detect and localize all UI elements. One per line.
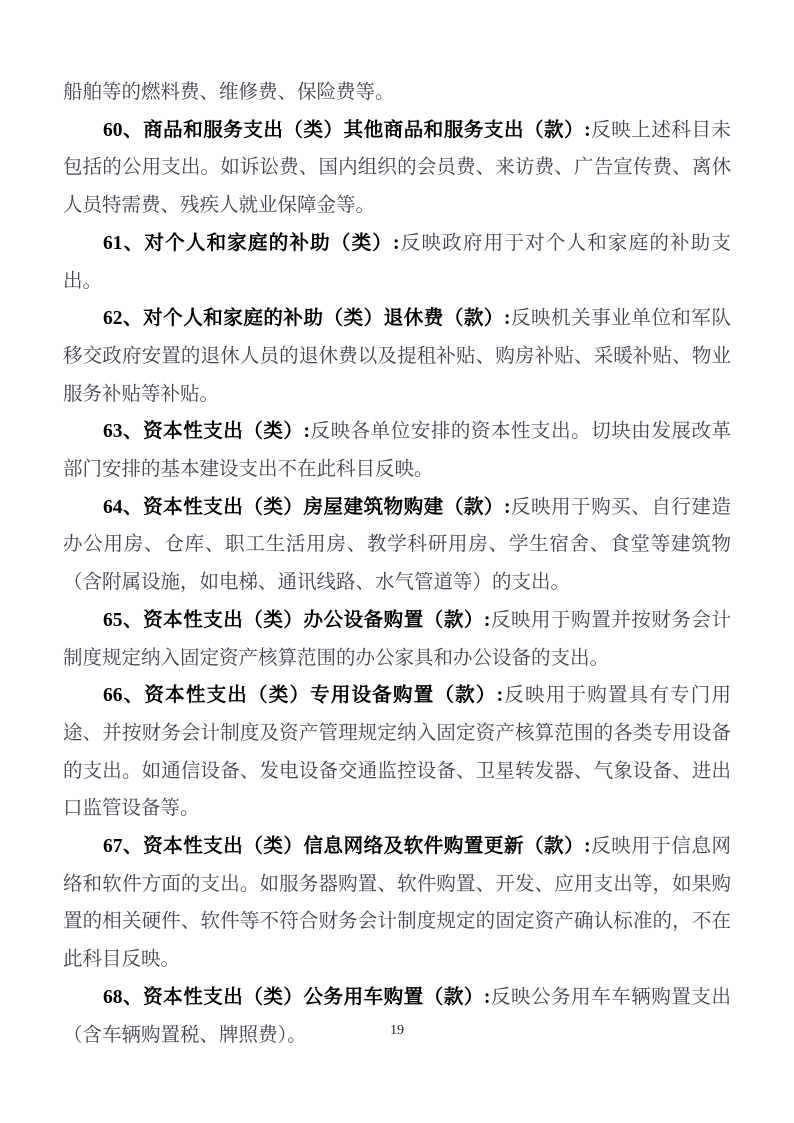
- paragraph: 61、对个人和家庭的补助（类）:反映政府用于对个人和家庭的补助支出。: [63, 225, 731, 300]
- page-number: 19: [0, 1023, 794, 1039]
- paragraph-body: 船舶等的燃料费、维修费、保险费等。: [63, 82, 395, 103]
- document-body: 船舶等的燃料费、维修费、保险费等。 60、商品和服务支出（类）其他商品和服务支出…: [63, 74, 731, 1054]
- paragraph: 65、资本性支出（类）办公设备购置（款）:反映用于购置并按财务会计制度规定纳入固…: [63, 602, 731, 677]
- paragraph-heading: 66、资本性支出（类）专用设备购置（款）:: [103, 685, 503, 706]
- paragraph: 60、商品和服务支出（类）其他商品和服务支出（款）:反映上述科目未包括的公用支出…: [63, 112, 731, 225]
- paragraph: 63、资本性支出（类）:反映各单位安排的资本性支出。切块由发展改革部门安排的基本…: [63, 413, 731, 488]
- paragraph-heading: 65、资本性支出（类）办公设备购置（款）:: [103, 610, 490, 631]
- paragraph: 66、资本性支出（类）专用设备购置（款）:反映用于购置具有专门用途、并按财务会计…: [63, 677, 731, 828]
- paragraph-heading: 67、资本性支出（类）信息网络及软件购置更新（款）:: [103, 836, 591, 857]
- paragraph-heading: 64、资本性支出（类）房屋建筑物购建（款）:: [103, 497, 510, 518]
- paragraph-heading: 63、资本性支出（类）:: [103, 421, 310, 442]
- paragraph: 62、对个人和家庭的补助（类）退休费（款）:反映机关事业单位和军队移交政府安置的…: [63, 300, 731, 413]
- paragraph-heading: 61、对个人和家庭的补助（类）:: [103, 233, 400, 254]
- paragraph-heading: 62、对个人和家庭的补助（类）退休费（款）:: [103, 308, 510, 329]
- paragraph-heading: 60、商品和服务支出（类）其他商品和服务支出（款）:: [103, 120, 591, 141]
- paragraph: 67、资本性支出（类）信息网络及软件购置更新（款）:反映用于信息网络和软件方面的…: [63, 828, 731, 979]
- paragraph: 68、资本性支出（类）公务用车购置（款）:反映公务用车车辆购置支出（含车辆购置税…: [63, 979, 731, 1054]
- document-page: 船舶等的燃料费、维修费、保险费等。 60、商品和服务支出（类）其他商品和服务支出…: [0, 0, 794, 1123]
- paragraph-heading: 68、资本性支出（类）公务用车购置（款）:: [103, 987, 490, 1008]
- paragraph: 船舶等的燃料费、维修费、保险费等。: [63, 74, 731, 112]
- paragraph: 64、资本性支出（类）房屋建筑物购建（款）:反映用于购买、自行建造办公用房、仓库…: [63, 489, 731, 602]
